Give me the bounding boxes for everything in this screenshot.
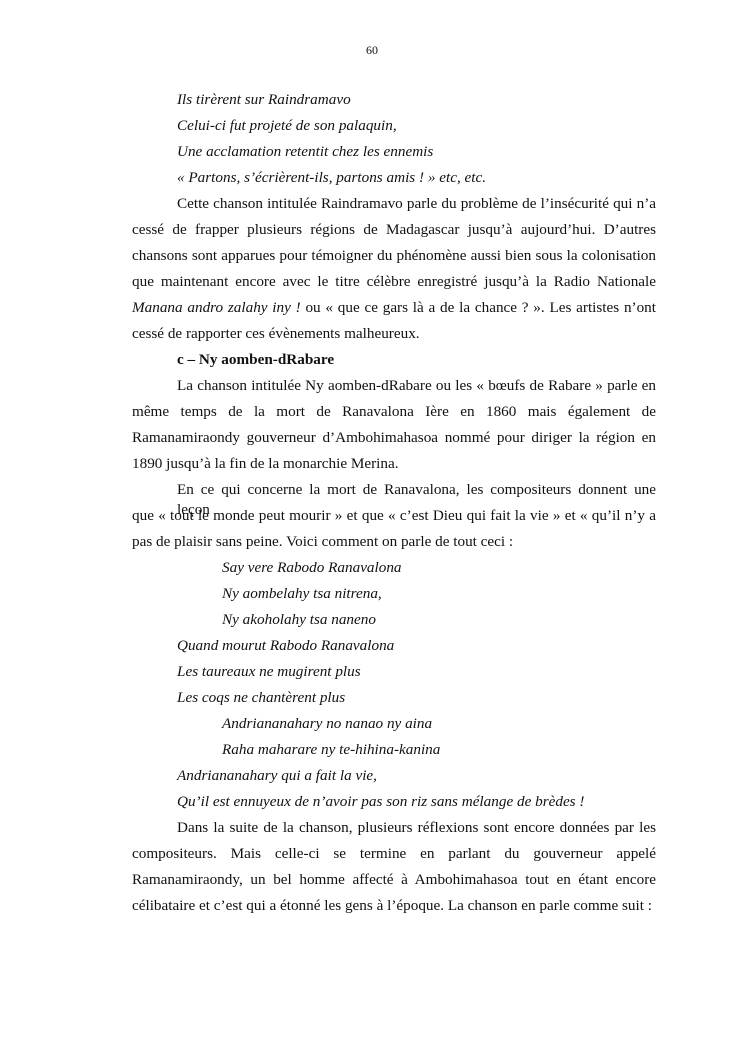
verse-line-french: Andriananahary qui a fait la vie, (177, 766, 377, 786)
verse-line-malagasy: Andriananahary no nanao ny aina (222, 714, 432, 734)
paragraph-line: pas de plaisir sans peine. Voici comment… (132, 532, 513, 552)
paragraph-line: que « tout le monde peut mourir » et que… (132, 506, 656, 526)
paragraph-line: compositeurs. Mais celle-ci se termine e… (132, 844, 656, 864)
section-heading: c – Ny aomben-dRabare (177, 350, 334, 370)
song-title: Manana andro zalahy iny ! (132, 299, 301, 316)
paragraph-line: célibataire et c’est qui a étonné les ge… (132, 896, 652, 916)
paragraph-line: que maintenant encore avec le titre célè… (132, 272, 656, 292)
paragraph-line: Ramanamiraondy, un bel homme affecté à A… (132, 870, 656, 890)
paragraph-text: ou « que ce gars là a de la chance ? ». … (301, 299, 656, 316)
verse-line: Ils tirèrent sur Raindramavo (177, 90, 351, 110)
paragraph-line: cessé de frapper plusieurs régions de Ma… (132, 220, 656, 240)
verse-line-french: Quand mourut Rabodo Ranavalona (177, 636, 394, 656)
paragraph-line: Cette chanson intitulée Raindramavo parl… (177, 194, 656, 214)
verse-line: Celui-ci fut projeté de son palaquin, (177, 116, 397, 136)
paragraph-line: La chanson intitulée Ny aomben-dRabare o… (177, 376, 656, 396)
verse-line-french: Qu’il est ennuyeux de n’avoir pas son ri… (177, 792, 584, 812)
paragraph-line: 1890 jusqu’à la fin de la monarchie Meri… (132, 454, 399, 474)
paragraph-line: cessé de rapporter ces évènements malheu… (132, 324, 420, 344)
verse-line-malagasy: Say vere Rabodo Ranavalona (222, 558, 402, 578)
verse-line: Une acclamation retentit chez les ennemi… (177, 142, 433, 162)
verse-line-french: Les coqs ne chantèrent plus (177, 688, 345, 708)
paragraph-line: même temps de la mort de Ranavalona Ière… (132, 402, 656, 422)
verse-line-malagasy: Ny aombelahy tsa nitrena, (222, 584, 382, 604)
verse-line-malagasy: Ny akoholahy tsa naneno (222, 610, 376, 630)
verse-line-french: Les taureaux ne mugirent plus (177, 662, 361, 682)
paragraph-line: Dans la suite de la chanson, plusieurs r… (177, 818, 656, 838)
page-number: 60 (0, 43, 744, 58)
paragraph-line: Manana andro zalahy iny ! ou « que ce ga… (132, 298, 656, 318)
paragraph-line: Ramanamiraondy gouverneur d’Ambohimahaso… (132, 428, 656, 448)
verse-line-malagasy: Raha maharare ny te-hihina-kanina (222, 740, 440, 760)
verse-line: « Partons, s’écrièrent-ils, partons amis… (177, 168, 486, 188)
paragraph-line: chansons sont apparues pour témoigner du… (132, 246, 656, 266)
